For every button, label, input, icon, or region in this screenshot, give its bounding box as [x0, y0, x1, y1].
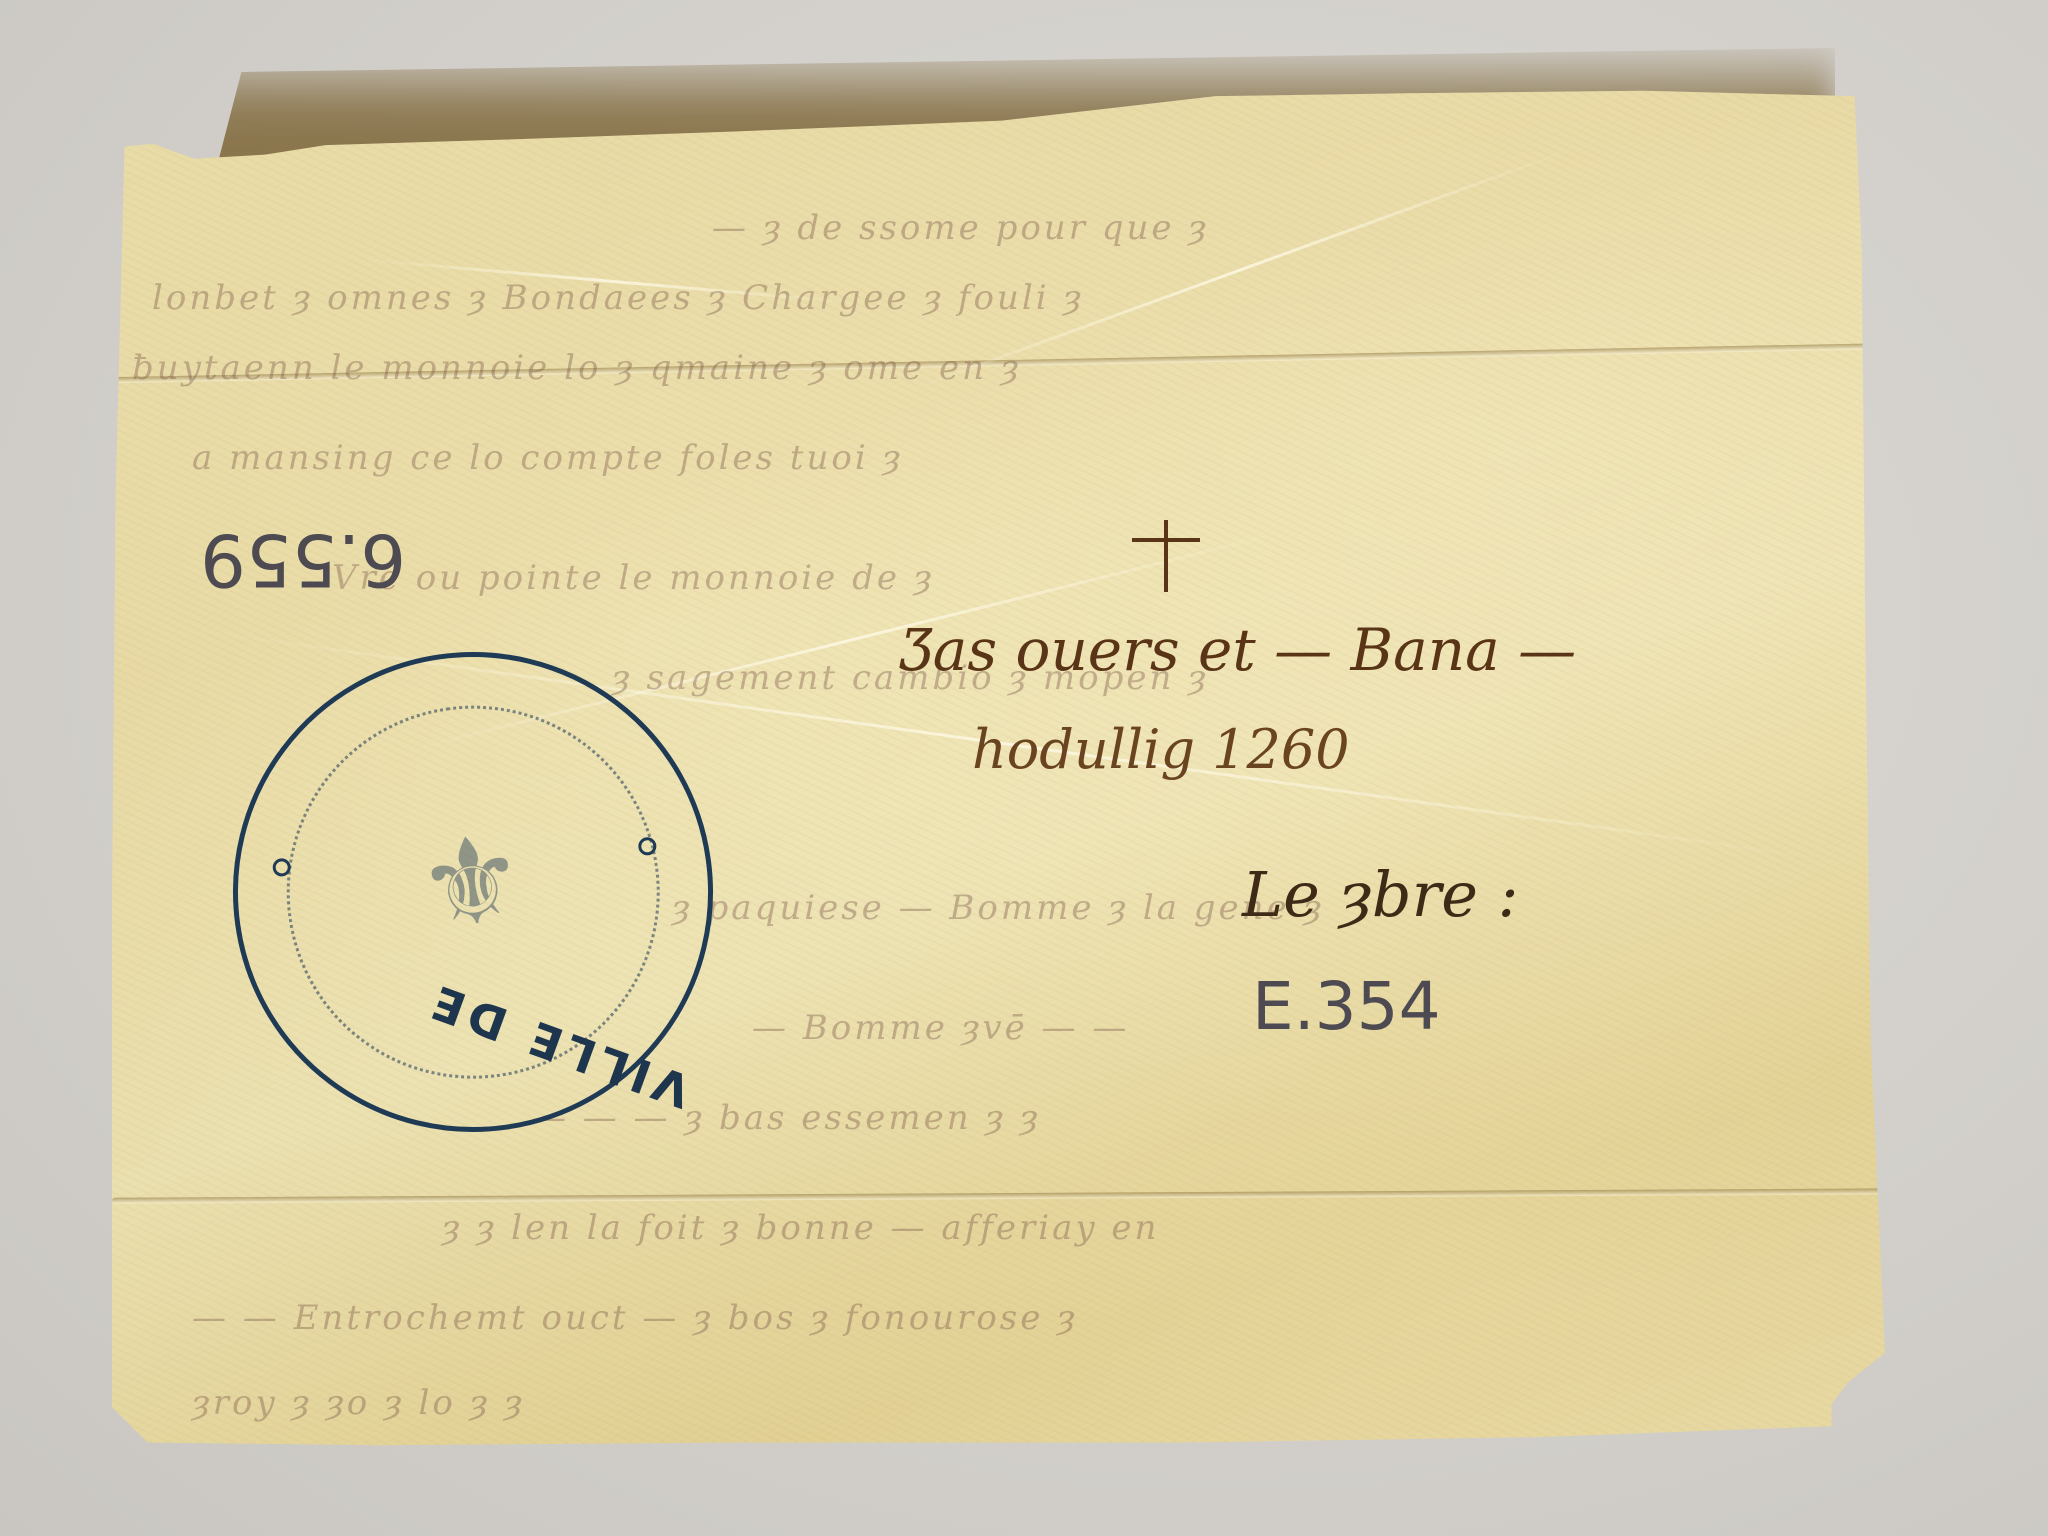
faint-text-line: lonbet ȝ omnes ȝ Bondaees ȝ Chargee ȝ fo…: [152, 278, 1084, 318]
pencil-shelf-number: E.354: [1252, 968, 1441, 1045]
pencil-catalog-number: 6.559: [200, 518, 406, 602]
photograph: — ȝ de ssome pour que ȝ lonbet ȝ omnes ȝ…: [0, 0, 2048, 1536]
faint-text-line: ȝ ȝ len la foit ȝ bonne — afferiay en: [442, 1208, 1159, 1248]
date-note: Le ȝbre :: [1242, 858, 1519, 931]
faint-text-line: — — — ȝ bas essemen ȝ ȝ: [532, 1098, 1041, 1138]
parchment-sheet: — ȝ de ssome pour que ȝ lonbet ȝ omnes ȝ…: [112, 88, 1892, 1448]
endorsement-line-2: hodullig 1260: [972, 718, 1350, 781]
faint-text-line: — ȝ de ssome pour que ȝ: [712, 208, 1209, 248]
faint-text-line: ȝroy ȝ ȝo ȝ lo ȝ ȝ: [192, 1383, 525, 1423]
faint-text-line: — Bomme ȝvē — —: [752, 1008, 1129, 1048]
faint-text-line: ƀuytaenn le monnoie lo ȝ qmaine ȝ ome en…: [132, 348, 1022, 388]
faint-text-line: Vre ou pointe le monnoie de ȝ: [332, 558, 935, 598]
faint-text-line: ȝ paquiese — Bomme ȝ la gene ȝ: [672, 888, 1324, 928]
fleur-de-lis-icon: ⚜: [409, 806, 535, 959]
faint-text-line: a mansing ce lo compte foles tuoi ȝ: [192, 438, 903, 478]
endorsement-line-1: Ʒas ouers et — Bana —: [900, 616, 1576, 684]
faint-text-line: — — Entrochemt ouct — ȝ bos ȝ fonourose …: [192, 1298, 1078, 1338]
